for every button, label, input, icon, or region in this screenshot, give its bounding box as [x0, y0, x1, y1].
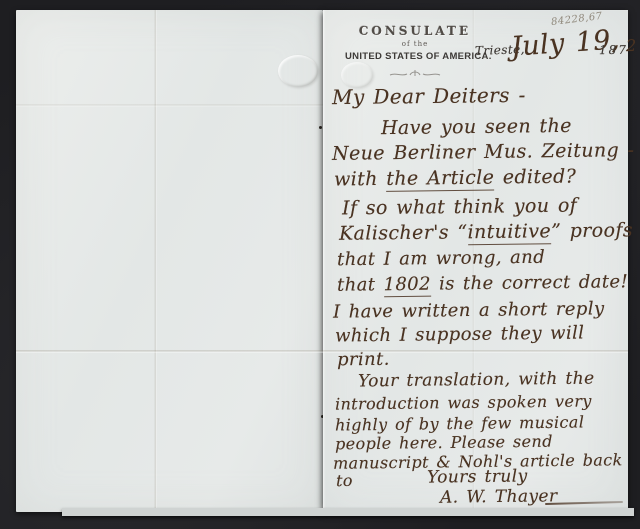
letter-line: that 1802 is the correct date!	[337, 271, 628, 296]
underleaf-edge	[62, 508, 634, 516]
letter-line: people here. Please send	[335, 432, 553, 454]
letter-line: Have you seen the	[381, 115, 572, 139]
line-segment: ” proofs	[551, 219, 633, 242]
line-segment: is the correct date!	[431, 271, 628, 294]
vertical-fold-crease-left	[154, 10, 157, 512]
underlined-phrase: intuitive	[467, 220, 551, 245]
line-segment: with	[334, 168, 387, 191]
letter-recto-page: CONSULATE of the UNITED STATES OF AMERIC…	[323, 10, 628, 512]
letter-line: which I suppose they will	[335, 322, 585, 346]
letter-line: with the Article edited?	[334, 166, 577, 191]
letterhead-title: CONSULATE	[345, 24, 485, 38]
salutation: My Dear Deiters -	[332, 83, 526, 109]
consulate-letterhead: CONSULATE of the UNITED STATES OF AMERIC…	[345, 24, 485, 83]
underlined-phrase: 1802	[383, 274, 431, 298]
line-segment: Kalischer's “	[339, 221, 468, 245]
paper-speck	[319, 126, 322, 129]
horizontal-fold-crease-upper	[16, 104, 323, 107]
letter-line: Kalischer's “intuitive” proofs	[339, 219, 633, 245]
letter-bifolium: CONSULATE of the UNITED STATES OF AMERIC…	[16, 10, 628, 512]
underlined-phrase: the Article	[386, 167, 494, 192]
flourish-ornament-icon	[345, 64, 485, 83]
letter-line: If so what think you of	[342, 195, 577, 220]
letter-line: that I am wrong, and	[337, 247, 545, 271]
embossed-seal-icon	[278, 55, 318, 87]
dateline-year-printed: 187	[599, 43, 628, 57]
dateline-year-written: 2	[626, 36, 637, 55]
line-segment: that	[337, 274, 384, 296]
letterhead-country: UNITED STATES OF AMERICA.	[345, 51, 485, 62]
photo-backdrop: CONSULATE of the UNITED STATES OF AMERIC…	[0, 0, 640, 529]
blank-verso-page	[16, 10, 323, 512]
letter-line: to	[336, 471, 353, 490]
letter-line: I have written a short reply	[333, 298, 605, 322]
letterhead-subtitle: of the	[345, 40, 485, 48]
letter-line: Neue Berliner Mus. Zeitung -	[332, 139, 635, 165]
signature: A. W. Thayer	[440, 486, 558, 507]
letter-line: introduction was spoken very	[335, 391, 592, 413]
horizontal-fold-crease	[16, 350, 628, 353]
letter-line: Your translation, with the	[358, 369, 595, 392]
closing: Yours truly	[427, 466, 528, 487]
line-segment: edited?	[494, 166, 576, 189]
